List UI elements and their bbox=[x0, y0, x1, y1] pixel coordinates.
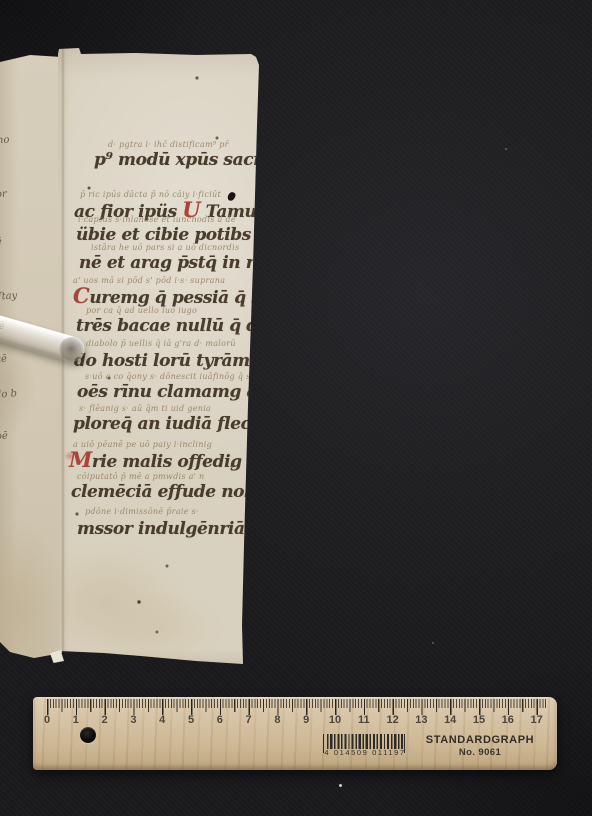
interlinear-gloss: d· pgtra i· ihc̄ distificam⁹ pr̄ bbox=[108, 140, 298, 150]
interlinear-gloss: por ca q̄ ad uello iuo iugo bbox=[86, 306, 280, 316]
dust-speck bbox=[505, 148, 507, 150]
text-segment: trēs bacae nullū q̄ deg bbox=[76, 316, 280, 336]
interlinear-gloss: a uiō pēanē pe uō paiy i·inclinig bbox=[73, 440, 259, 450]
text-fragment: do b bbox=[0, 389, 17, 401]
barcode-digits: 4 014509 011197 bbox=[321, 749, 409, 757]
model-number: No. 9061 bbox=[415, 748, 545, 758]
interlinear-gloss: pdōne i·dimissōnē p̄raie s· bbox=[85, 507, 273, 517]
ruler-cm-number: 10 bbox=[329, 714, 341, 726]
ruler-hole bbox=[80, 727, 96, 743]
dust-speck bbox=[339, 784, 342, 787]
ruler-cm-number: 9 bbox=[303, 714, 309, 726]
text-segment: do hosti lorū tyrāmd bbox=[74, 351, 267, 371]
manuscript-line: a' uos mā si pōd s' pōd i·s· supranaCure… bbox=[73, 276, 270, 308]
photo-scene: moortēſtayꝛētēdo boēy d· pgtra i· ihc̄ d… bbox=[0, 0, 592, 816]
text-segment: uremg q̄ pessiā q̄ sv̄ bbox=[89, 288, 270, 308]
manuscript-line: d· pgtra i· ihc̄ distificam⁹ pr̄p⁹ modū … bbox=[94, 140, 298, 170]
text-line: trēs bacae nullū q̄ deg bbox=[76, 316, 280, 336]
interlinear-gloss: i·captus s·inlanose et iuncnodis a dē bbox=[78, 215, 294, 225]
text-fragment: mo bbox=[0, 135, 10, 146]
manuscript-line: a uiō pēanē pe uō paiy i·inclinigMrie ma… bbox=[69, 440, 259, 472]
manuscript-line: istāra he uō pars si a uō dicnordisnē et… bbox=[79, 243, 283, 273]
ruler-cm-number: 4 bbox=[159, 714, 165, 726]
manuscript-line: o diabolo p̄ uellis q̄ iā g'ra d· malorū… bbox=[74, 339, 285, 371]
interlinear-gloss: s· flēanig s· aū q̄m ti uid genia bbox=[79, 404, 298, 414]
text-line: clemēciā effude nob desi bbox=[71, 482, 298, 502]
text-segment: clemēciā effude nob desi bbox=[71, 482, 298, 502]
rubric-initial: D bbox=[267, 346, 285, 371]
manuscript-line: pdōne i·dimissōnē p̄raie s·mssor indulgē… bbox=[77, 507, 273, 539]
text-segment: ploreq̄ an iudiā flectag n bbox=[73, 414, 298, 434]
manuscript-line: s· flēanig s· aū q̄m ti uid geniaploreq̄… bbox=[73, 404, 298, 434]
interlinear-gloss: p̄ ric ipūs dācta p̄ nō cāiy i·ficiūt bbox=[80, 190, 265, 200]
text-fragment: oē bbox=[0, 432, 8, 443]
dust-speck bbox=[432, 642, 434, 644]
manuscript-line: cōiputatō p̄ mē a pmwdis a' nclemēciā ef… bbox=[71, 472, 298, 502]
text-line: Curemg q̄ pessiā q̄ sv̄ bbox=[73, 286, 270, 308]
ruler-numbers: 01234567891011121314151617 bbox=[47, 714, 552, 728]
ruler-cm-number: 17 bbox=[530, 714, 542, 726]
ruler-cm-number: 2 bbox=[102, 714, 108, 726]
manuscript-line: i·captus s·inlanose et iuncnodis a dēübi… bbox=[76, 215, 294, 245]
text-segment: p⁹ modū xpūs sacrūs c bbox=[94, 150, 298, 170]
text-fragment: tē bbox=[0, 355, 7, 366]
manuscript-line: por ca q̄ ad uello iuo iugotrēs bacae nu… bbox=[76, 306, 280, 336]
ruler-cm-number: 6 bbox=[217, 714, 223, 726]
ruler-cm-number: 7 bbox=[246, 714, 252, 726]
ink-specks bbox=[46, 45, 48, 47]
text-line: ploreq̄ an iudiā flectag n bbox=[73, 414, 298, 434]
interlinear-gloss: istāra he uō pars si a uō dicnordis bbox=[91, 243, 283, 253]
interlinear-gloss: cōiputatō p̄ mē a pmwdis a' n bbox=[77, 472, 298, 482]
ruler-cm-number: 8 bbox=[274, 714, 280, 726]
ruler-cm-number: 1 bbox=[73, 714, 79, 726]
barcode: 4 014509 011197 bbox=[321, 734, 409, 757]
ruler-cm-number: 11 bbox=[358, 714, 370, 726]
ruler-cm-number: 15 bbox=[473, 714, 485, 726]
text-segment: nē et arag p̄stq̄ in rust bbox=[79, 253, 283, 273]
brand-label: STANDARDGRAPH bbox=[415, 734, 545, 746]
rubric-initial: M bbox=[250, 514, 273, 539]
text-fragment: tē bbox=[0, 238, 2, 249]
interlinear-gloss: s·uō a co q̄ony s· dōnescit iuāfinōg q̄ … bbox=[85, 372, 276, 382]
ruler-cm-number: 5 bbox=[188, 714, 194, 726]
text-line: p⁹ modū xpūs sacrūs c bbox=[94, 150, 298, 170]
barcode-bars bbox=[327, 734, 403, 749]
text-segment: oēs rīnu clamamg atq̄ bbox=[77, 382, 276, 402]
ruler-ticks-cm bbox=[47, 699, 546, 715]
text-line: do hosti lorū tyrāmd D bbox=[74, 349, 285, 371]
text-segment: rie malis offedig h bbox=[92, 452, 259, 472]
text-fragment: or bbox=[0, 190, 7, 201]
rubric-initial: M bbox=[69, 447, 92, 472]
text-line: Mrie malis offedig h bbox=[69, 450, 259, 472]
text-segment: mssor indulgēnriā bbox=[77, 519, 250, 539]
text-segment: übie et cibie potibs som bbox=[76, 225, 294, 245]
rubric-initial: C bbox=[73, 283, 89, 308]
interlinear-gloss: a' uos mā si pōd s' pōd i·s· suprana bbox=[73, 276, 270, 286]
ruler-cm-number: 3 bbox=[130, 714, 136, 726]
ruler-cm-number: 0 bbox=[44, 714, 50, 726]
ruler-cm-number: 13 bbox=[415, 714, 427, 726]
text-line: übie et cibie potibs som bbox=[76, 225, 294, 245]
ruler-cm-number: 14 bbox=[444, 714, 456, 726]
manuscript-line: s·uō a co q̄ony s· dōnescit iuāfinōg q̄ … bbox=[77, 372, 276, 402]
ruler-cm-number: 16 bbox=[502, 714, 514, 726]
text-fragment: ſtay bbox=[0, 291, 18, 302]
wooden-ruler: 01234567891011121314151617 4 014509 0111… bbox=[33, 697, 557, 770]
text-line: nē et arag p̄stq̄ in rust bbox=[79, 253, 283, 273]
text-line: oēs rīnu clamamg atq̄ bbox=[77, 382, 276, 402]
interlinear-gloss: o diabolo p̄ uellis q̄ iā g'ra d· malorū bbox=[78, 339, 285, 349]
text-line: mssor indulgēnriā M bbox=[77, 517, 273, 539]
ruler-cm-number: 12 bbox=[386, 714, 398, 726]
